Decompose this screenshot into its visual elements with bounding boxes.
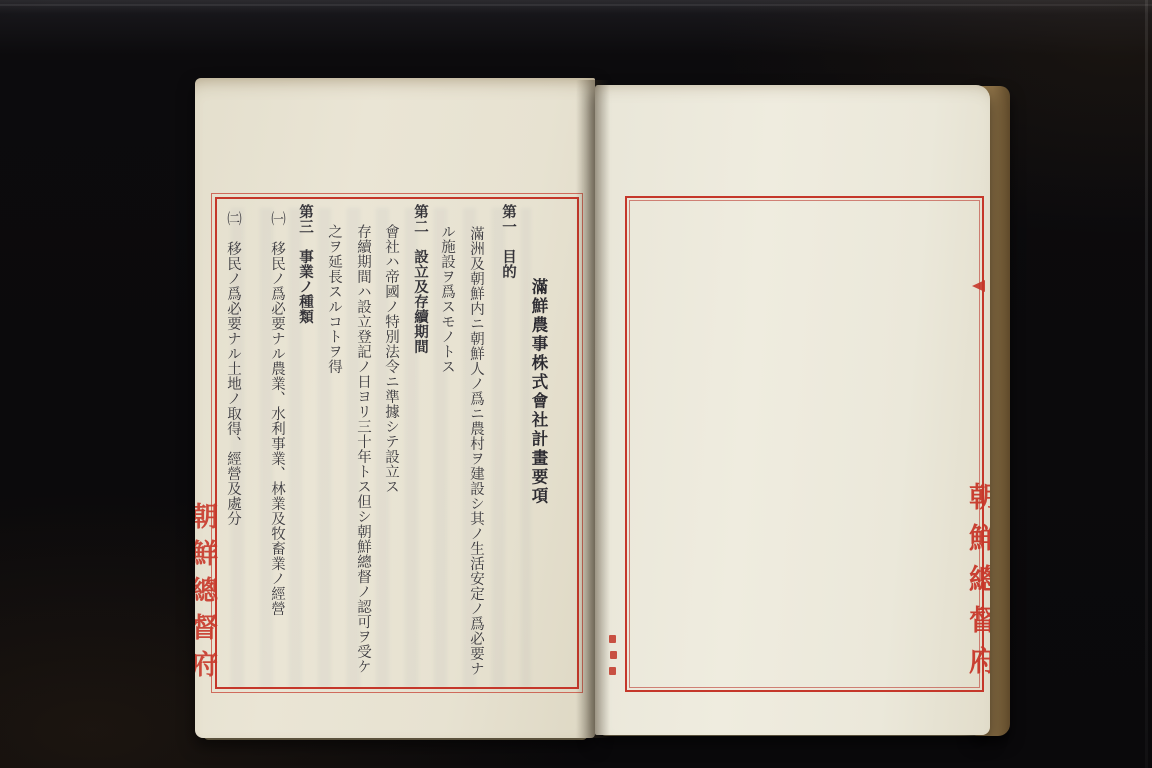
body-section-2-line-2: 存續期間ハ設立登記ノ日ヨリ三十年トス但シ朝鮮總督ノ認可ヲ受ケ (346, 224, 370, 674)
gutter-stamp-mark (609, 667, 616, 675)
gutter-stamp-mark (610, 651, 617, 659)
right-page: 朝鮮總督府 (595, 85, 990, 735)
body-section-2-line-3: 之ヲ延長スルコトヲ得 (318, 224, 342, 374)
letterhead-stamp-left-clipped: 朝鮮總督府 (195, 502, 221, 687)
letterhead-stamp-right-clipped: 朝鮮總督府 (961, 482, 990, 687)
heading-section-3: 第三 事業ノ種類 (289, 204, 313, 324)
heading-section-1: 第一 目的 (496, 204, 520, 279)
list-item-1: ㈠ 移民ノ爲必要ナル農業、水利事業、林業及牧畜業ノ經營 (260, 211, 284, 616)
left-page: 滿鮮農事株式會社計畫要項 第一 目的 滿洲及朝鮮内ニ朝鮮人ノ爲ニ農村ヲ建設シ其ノ… (195, 78, 595, 738)
document-photo: 滿鮮農事株式會社計畫要項 第一 目的 滿洲及朝鮮内ニ朝鮮人ノ爲ニ農村ヲ建設シ其ノ… (0, 0, 1152, 768)
gutter-stamp-mark (609, 635, 616, 643)
body-section-1-line-2: ル施設ヲ爲スモノトス (431, 224, 455, 374)
document-title-column: 滿鮮農事株式會社計畫要項 (526, 278, 550, 506)
body-section-2-line-1: 會社ハ帝國ノ特別法令ニ準據シテ設立ス (374, 224, 398, 494)
heading-section-2: 第二 設立及存續期間 (404, 204, 428, 354)
red-wedge-mark (972, 280, 985, 292)
list-item-2: ㈡ 移民ノ爲必要ナル土地ノ取得、經營及處分 (216, 211, 240, 526)
body-section-1-line-1: 滿洲及朝鮮内ニ朝鮮人ノ爲ニ農村ヲ建設シ其ノ生活安定ノ爲必要ナ (459, 226, 483, 676)
right-page-red-frame (625, 196, 984, 692)
